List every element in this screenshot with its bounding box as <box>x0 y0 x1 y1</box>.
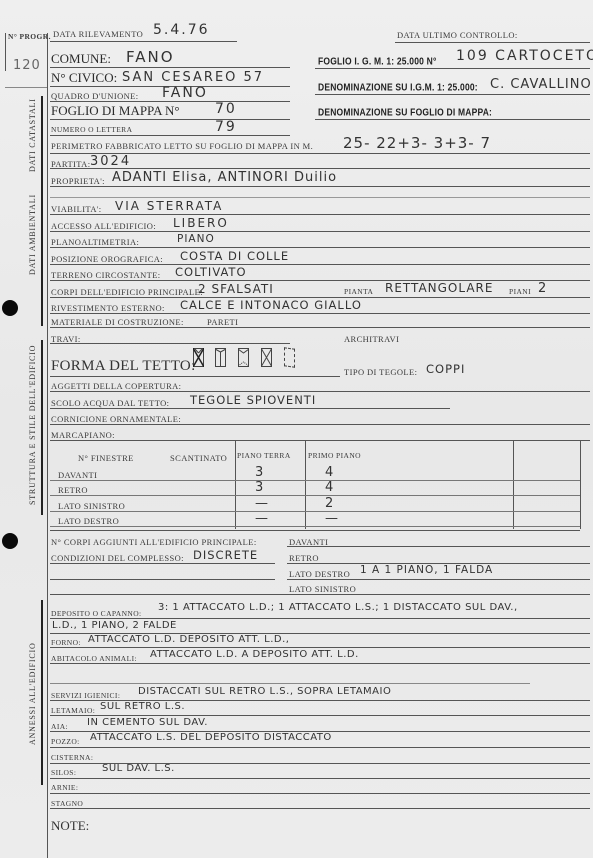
section-label-dati-catastali: DATI CATASTALI <box>28 98 37 172</box>
section-label-dati-ambientali: DATI AMBIENTALI <box>28 194 37 275</box>
rule <box>50 343 290 344</box>
igm-label: FOGLIO I. G. M. 1: 25.000 N° <box>318 55 437 67</box>
window-count-cell[interactable]: 3 <box>255 465 265 480</box>
aia-value[interactable]: IN CEMENTO SUL DAV. <box>87 717 208 728</box>
rule <box>50 618 590 619</box>
proprieta-value[interactable]: ADANTI Elisa, ANTINORI Duilio <box>112 170 337 185</box>
rivestimento-label: RIVESTIMENTO ESTERNO: <box>51 303 165 313</box>
arnie-label: ARNIE: <box>51 783 78 792</box>
rule <box>50 808 590 809</box>
table-col-rule <box>580 441 581 529</box>
rule <box>50 594 590 595</box>
condizioni-label: CONDIZIONI DEL COMPLESSO: <box>51 553 184 563</box>
pozzo-value[interactable]: ATTACCATO L.S. DEL DEPOSITO DISTACCATO <box>90 732 332 743</box>
accesso-label: ACCESSO ALL'EDIFICIO: <box>51 221 156 231</box>
left-margin-rule <box>47 33 48 858</box>
aggetti-label: AGGETTI DELLA COPERTURA: <box>51 381 181 391</box>
section-label-struttura: STRUTTURA E STILE DELL'EDIFICIO <box>28 345 37 505</box>
forno-value[interactable]: ATTACCATO L.D. DEPOSITO ATT. L.D., <box>88 634 289 645</box>
window-count-cell[interactable]: 3 <box>255 480 265 495</box>
deposito-value-line1[interactable]: 3: 1 ATTACCATO L.D.; 1 ATTACCATO L.S.; 1… <box>158 602 518 613</box>
section-bracket-annessi <box>41 600 43 785</box>
note-label: NOTE: <box>51 818 89 834</box>
letamaio-label: LETAMAIO: <box>51 706 95 715</box>
partita-value[interactable]: 3024 <box>90 154 131 169</box>
rule <box>50 41 237 42</box>
pianta-value[interactable]: RETTANGOLARE <box>385 281 493 295</box>
plano-label: PLANOALTIMETRIA: <box>51 237 139 247</box>
rule <box>50 408 450 409</box>
deposito-label: DEPOSITO o CAPANNO: <box>51 609 142 618</box>
deposito-value-line2[interactable]: L.D., 1 PIANO, 2 FALDE <box>52 620 177 631</box>
stagno-label: STAGNO <box>51 799 83 808</box>
quadro-value[interactable]: FANO <box>162 85 208 101</box>
progr-box-left <box>5 33 6 71</box>
window-count-cell[interactable]: 2 <box>325 496 335 511</box>
pozzo-label: POZZO: <box>51 737 80 746</box>
rule <box>50 715 590 716</box>
section-divider <box>50 197 590 198</box>
rule <box>395 42 590 43</box>
roof-shape-capanna-timpano[interactable] <box>238 348 249 367</box>
piano-terra-header: PIANO TERRA <box>237 451 291 460</box>
primo-piano-header: PRIMO PIANO <box>308 451 361 460</box>
scolo-label: SCOLO ACQUA DAL TETTO: <box>51 398 169 408</box>
materiale-label: MATERIALE DI COSTRUZIONE: <box>51 317 184 327</box>
den-mappa-label: DENOMINAZIONE SU FOGLIO DI MAPPA: <box>318 106 492 118</box>
window-row-rule <box>50 480 580 481</box>
rule <box>50 440 590 441</box>
window-count-cell[interactable]: 4 <box>325 480 335 495</box>
tegole-value[interactable]: COPPI <box>426 362 465 376</box>
plano-value[interactable]: PIANO <box>177 233 215 245</box>
rule <box>50 424 590 425</box>
finestre-header: N° FINESTRE <box>78 453 134 463</box>
roof-shape-falda[interactable] <box>284 347 295 368</box>
corpi-lato-sinistro-label: LATO SINISTRO <box>289 584 356 594</box>
window-row-rule <box>50 495 580 496</box>
rule <box>50 647 590 648</box>
abitacolo-value[interactable]: ATTACCATO L.D. A DEPOSITO ATT. L.D. <box>150 649 359 660</box>
rule <box>50 67 290 68</box>
rule <box>50 247 590 248</box>
rule <box>50 793 590 794</box>
window-count-cell[interactable]: — <box>255 511 270 526</box>
data-rilevamento-value[interactable]: 5.4.76 <box>153 22 210 38</box>
proprieta-label: PROPRIETA': <box>51 176 105 186</box>
survey-form-sheet: N° PROGR. 120 DATI CATASTALI DATI AMBIEN… <box>0 0 593 858</box>
aia-label: AIA: <box>51 722 68 731</box>
terreno-label: TERRENO CIRCOSTANTE: <box>51 270 161 280</box>
den-igm-value[interactable]: C. CAVALLINO <box>490 77 592 92</box>
materiale-sub-label: PARETI <box>207 317 238 327</box>
letamaio-value[interactable]: SUL RETRO L.S. <box>100 701 185 712</box>
condizioni-value[interactable]: DISCRETE <box>193 548 258 562</box>
comune-label: COMUNE: <box>51 51 111 67</box>
forno-label: FORNO: <box>51 638 81 647</box>
posizione-label: POSIZIONE OROGRAFICA: <box>51 254 163 264</box>
rivestimento-value[interactable]: CALCE E INTONACO GIALLO <box>180 298 362 312</box>
corpi-aggiunti-label: N° CORPI AGGIUNTI ALL'EDIFICIO PRINCIPAL… <box>51 537 257 547</box>
perimetro-label: PERIMETRO FABBRICATO LETTO SU FOGLIO DI … <box>51 141 313 151</box>
corpi-retro-label: RETRO <box>289 553 319 563</box>
section-bracket-dati <box>41 96 43 326</box>
terreno-value[interactable]: COLTIVATO <box>175 265 247 279</box>
quadro-label: QUADRO D'UNIONE: <box>51 91 139 101</box>
corpi-value[interactable]: 2 SFALSATI <box>198 282 274 296</box>
progr-label: N° PROGR. <box>8 32 51 41</box>
accesso-value[interactable]: LIBERO <box>173 216 229 230</box>
roof-shape-padiglione-checked[interactable] <box>193 348 204 367</box>
rule <box>315 68 590 69</box>
roof-shape-padiglione-2[interactable] <box>261 348 272 367</box>
rule <box>50 747 590 748</box>
corpi-lato-destro-value[interactable]: 1 A 1 PIANO, 1 FALDA <box>360 564 493 576</box>
rule <box>287 546 590 547</box>
rule <box>50 376 340 377</box>
window-count-cell[interactable]: 4 <box>325 465 335 480</box>
rule <box>50 563 275 564</box>
corpi-label: CORPI DELL'EDIFICIO PRINCIPALE: <box>51 287 203 297</box>
window-row-label: LATO DESTRO <box>58 516 119 526</box>
window-row-label: RETRO <box>58 485 88 495</box>
rule <box>50 579 275 580</box>
scolo-value[interactable]: TEGOLE SPIOVENTI <box>190 393 316 407</box>
forma-tetto-label: FORMA DEL TETTO: <box>51 358 196 375</box>
data-ultimo-controllo-label: DATA ULTIMO CONTROLLO: <box>397 30 518 40</box>
progr-box-bottom <box>5 87 47 88</box>
foglio-label: FOGLIO DI MAPPA N° <box>51 103 180 119</box>
rule <box>50 186 590 187</box>
rule <box>50 663 590 664</box>
abitacolo-label: ABITACOLO ANIMALI: <box>51 654 137 663</box>
posizione-value[interactable]: COSTA DI COLLE <box>180 249 289 263</box>
table-col-rule <box>235 441 236 529</box>
cornicione-label: CORNICIONE ORNAMENTALE: <box>51 414 181 424</box>
table-col-rule <box>305 441 306 529</box>
rule <box>50 683 530 684</box>
section-bracket-struttura <box>41 340 43 515</box>
piani-value[interactable]: 2 <box>538 281 548 296</box>
window-row-rule <box>50 511 580 512</box>
piani-label: PIANI <box>509 287 531 296</box>
rule <box>315 119 590 120</box>
pianta-label: PIANTA <box>344 287 373 296</box>
tegole-label: TIPO DI TEGOLE: <box>344 367 417 377</box>
window-row-label: LATO SINISTRO <box>58 501 125 511</box>
punch-hole <box>2 300 18 316</box>
window-count-cell[interactable]: — <box>325 511 340 526</box>
progr-value: 120 <box>13 58 41 73</box>
rule <box>50 778 590 779</box>
numero-label: NUMERO o LETTERA <box>51 125 132 134</box>
scantinato-header: SCANTINATO <box>170 453 227 463</box>
architravi-label: ARCHITRAVI <box>344 334 399 344</box>
rule <box>50 530 580 531</box>
cisterna-label: CISTERNA: <box>51 753 93 762</box>
window-row-rule <box>50 526 580 527</box>
rule <box>50 231 590 232</box>
numero-value[interactable]: 79 <box>215 119 237 135</box>
rule <box>50 264 590 265</box>
rule <box>50 119 290 120</box>
viabilita-value[interactable]: VIA STERRATA <box>115 199 223 213</box>
rule <box>50 327 590 328</box>
section-label-annessi: ANNESSI ALL'EDIFICIO <box>28 642 37 745</box>
roof-shape-capanna[interactable] <box>215 348 226 367</box>
silos-value[interactable]: SUL DAV. L.S. <box>102 763 175 774</box>
silos-label: SILOS: <box>51 768 76 777</box>
rule <box>50 135 290 136</box>
comune-value[interactable]: FANO <box>126 48 175 66</box>
marcapiano-label: MARCAPIANO: <box>51 430 115 440</box>
rule <box>287 579 590 580</box>
rule <box>50 168 590 169</box>
igm-value[interactable]: 109 CARTOCETO <box>456 48 593 64</box>
rule <box>50 280 590 281</box>
table-col-rule <box>513 441 514 529</box>
note-field[interactable] <box>100 818 580 854</box>
foglio-value[interactable]: 70 <box>215 101 237 117</box>
servizi-value[interactable]: DISTACCATI SUL RETRO L.S., SOPRA LETAMAI… <box>138 686 391 697</box>
rule <box>50 313 590 314</box>
punch-hole <box>2 533 18 549</box>
data-rilevamento-label: DATA RILEVAMENTO <box>53 29 143 39</box>
rule <box>50 214 590 215</box>
rule <box>315 94 590 95</box>
servizi-label: SERVIZI IGIENICI: <box>51 691 120 700</box>
viabilita-label: VIABILITA': <box>51 204 102 214</box>
rule <box>50 101 290 102</box>
window-row-label: DAVANTI <box>58 470 97 480</box>
civico-label: N° CIVICO: <box>51 70 117 86</box>
civico-value[interactable]: SAN CESAREO 57 <box>122 70 264 85</box>
perimetro-value[interactable]: 25- 22+3- 3+3- 7 <box>343 134 491 152</box>
window-count-cell[interactable]: — <box>255 496 270 511</box>
den-igm-label: DENOMINAZIONE SU I.G.M. 1: 25.000: <box>318 81 478 93</box>
rule <box>50 391 590 392</box>
corpi-lato-destro-label: LATO DESTRO <box>289 569 350 579</box>
